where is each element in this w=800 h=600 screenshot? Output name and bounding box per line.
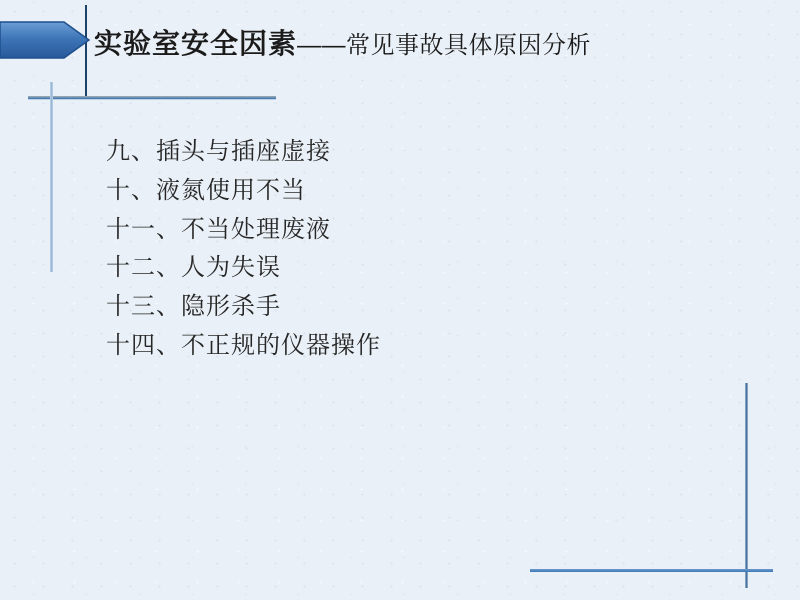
list-item: 十一、不当处理废液 bbox=[106, 211, 381, 250]
slide-title: 实验室安全因素——常见事故具体原因分析 bbox=[94, 22, 591, 62]
title-arrow-icon bbox=[0, 20, 92, 60]
bottom-right-horizontal-decor-line bbox=[530, 569, 773, 572]
slide-title-sub: ——常见事故具体原因分析 bbox=[297, 32, 591, 59]
bottom-right-vertical-decor-line bbox=[745, 383, 748, 588]
left-horizontal-decor-line bbox=[28, 96, 276, 100]
list-item: 十四、不正规的仪器操作 bbox=[106, 327, 381, 366]
accident-cause-list: 九、插头与插座虚接 十、液氮使用不当 十一、不当处理废液 十二、人为失误 十三、… bbox=[106, 133, 381, 366]
slide-title-main: 实验室安全因素 bbox=[94, 28, 297, 59]
list-item: 九、插头与插座虚接 bbox=[106, 133, 381, 172]
list-item: 十二、人为失误 bbox=[106, 249, 381, 288]
list-item: 十、液氮使用不当 bbox=[106, 172, 381, 211]
presentation-slide: 实验室安全因素——常见事故具体原因分析 九、插头与插座虚接 十、液氮使用不当 十… bbox=[0, 0, 800, 600]
left-vertical-decor-line bbox=[50, 82, 53, 272]
list-item: 十三、隐形杀手 bbox=[106, 288, 381, 327]
